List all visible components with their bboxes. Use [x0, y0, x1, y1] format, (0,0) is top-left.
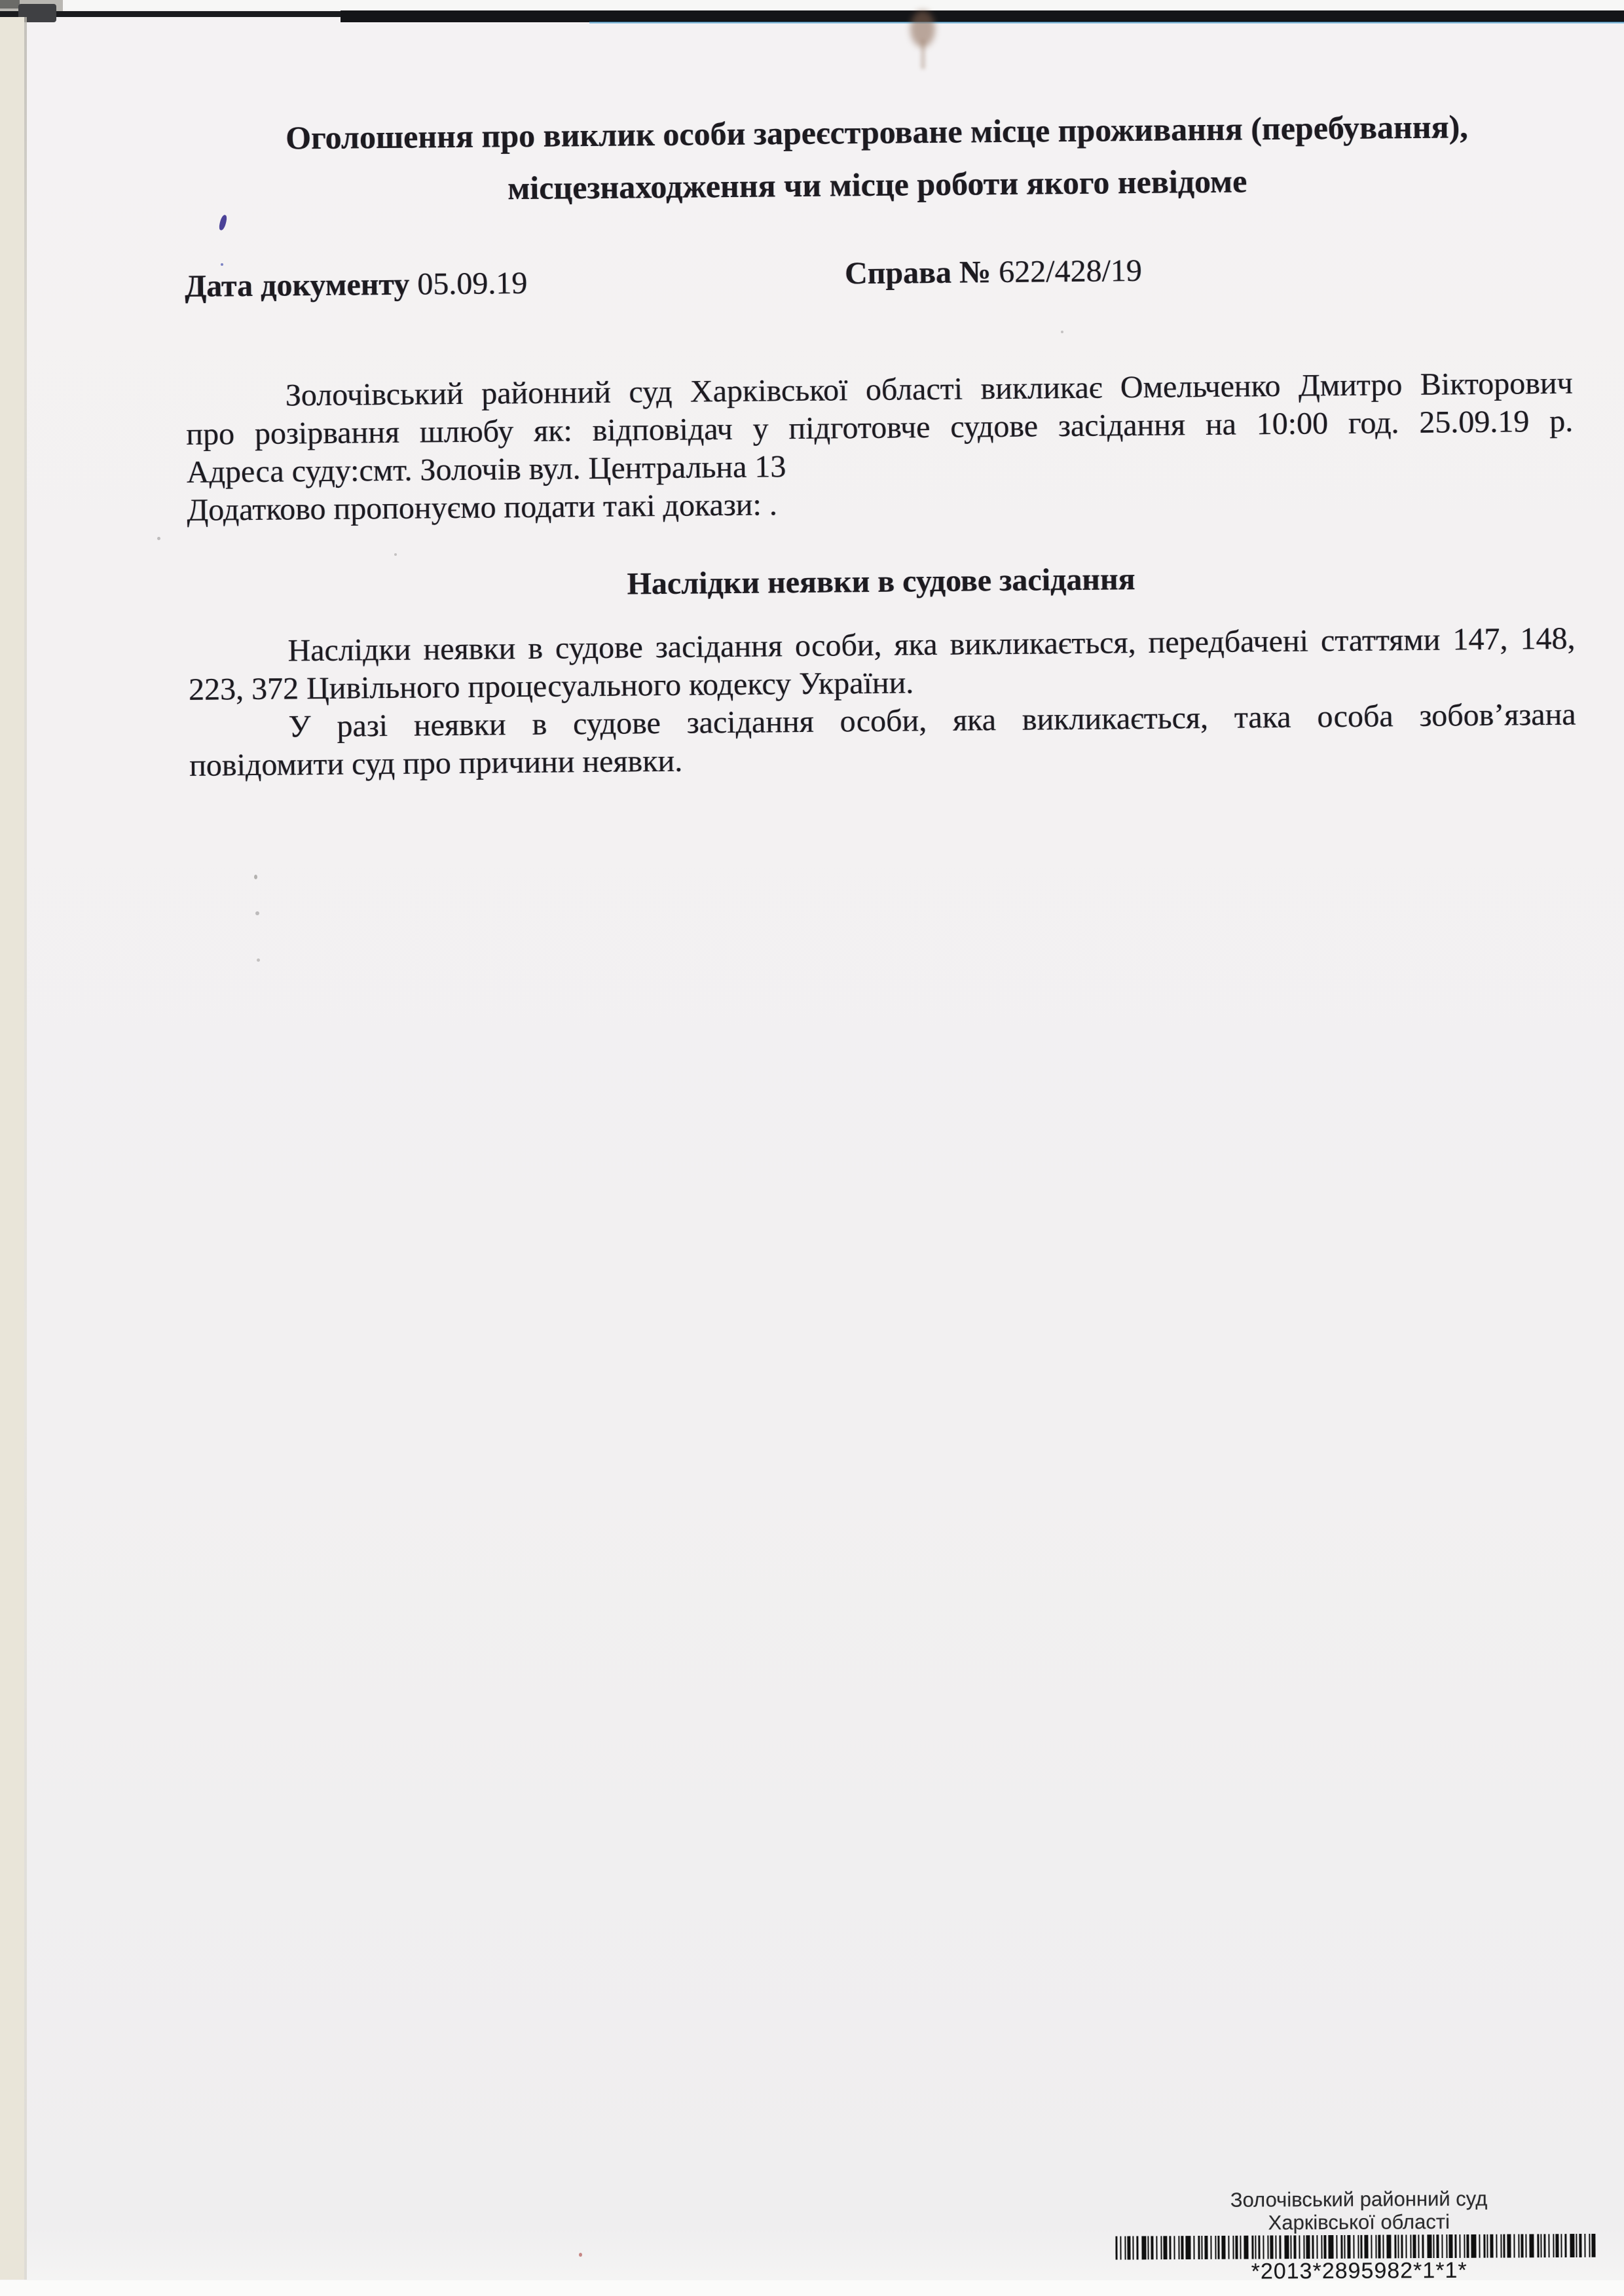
- page-edge-shadow: [24, 17, 27, 2280]
- date-value: 05.09.19: [417, 266, 528, 302]
- corner-mark: [0, 0, 20, 9]
- footer-court-name: Золочівський районний суд: [1074, 2186, 1624, 2212]
- meta-row: Дата документу 05.09.19 Справа № 622/428…: [185, 255, 1572, 309]
- scanned-document-page: Оголошення про виклик особи зареєстрован…: [0, 0, 1624, 2296]
- date-label: Дата документу: [185, 267, 410, 304]
- document-content: Оголошення про виклик особи зареєстрован…: [182, 0, 1578, 917]
- document-title: Оголошення про виклик особи зареєстрован…: [183, 100, 1571, 217]
- document-date: Дата документу 05.09.19: [185, 265, 528, 304]
- barcode: [1115, 2234, 1602, 2260]
- red-speck: [579, 2253, 582, 2257]
- footer-court-region: Харківської області: [1074, 2209, 1624, 2235]
- dust-speck: [257, 958, 260, 962]
- case-value: 622/428/19: [999, 253, 1142, 289]
- court-stamp-block: Золочівський районний суд Харківської об…: [1074, 2186, 1624, 2285]
- barcode-caption: *2013*2895982*1*1*: [1075, 2257, 1624, 2285]
- case-number: Справа № 622/428/19: [845, 253, 1142, 291]
- paragraph-summons: Золочівський районний суд Харківської об…: [186, 365, 1574, 530]
- page-edge-strip: [0, 17, 24, 2280]
- case-label: Справа №: [845, 255, 991, 291]
- section-heading: Наслідки неявки в судове засідання: [187, 556, 1574, 608]
- dust-speck: [157, 537, 160, 540]
- paragraph-consequences: Наслідки неявки в судове засідання особи…: [188, 620, 1576, 785]
